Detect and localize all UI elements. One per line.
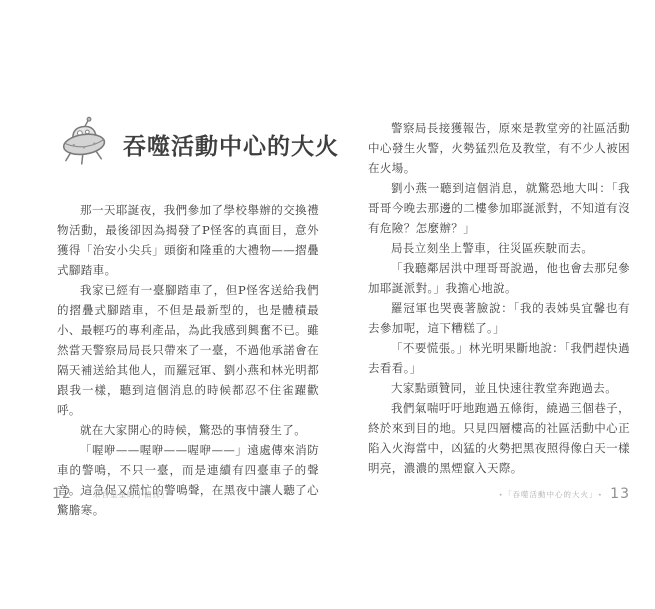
- paragraph: 那一天耶誕夜，我們參加了學校舉辦的交換禮物活動，最後卻因為揭發了P怪客的真面目，…: [57, 200, 319, 280]
- chapter-heading: 吞噬活動中心的大火: [57, 114, 319, 174]
- paragraph: 我家已經有一臺腳踏車了，但P怪客送給我們的摺疊式腳踏車，不但是最新型的，也是體積…: [57, 280, 319, 420]
- page-number: 13: [610, 486, 630, 502]
- paragraph: 局長立刻坐上警車，往災區疾駛而去。: [368, 238, 630, 258]
- page-number: 12: [52, 486, 72, 502]
- paragraph: 我們氣喘吁吁地跑過五條街，繞過三個巷子，終於來到目的地。只見四層樓高的社區活動中…: [368, 398, 630, 478]
- left-page: 吞噬活動中心的大火 那一天耶誕夜，我們參加了學校舉辦的交換禮物活動，最後卻因為揭…: [57, 0, 319, 520]
- paragraph: 大家點頭贊同，並且快速往教堂奔跑過去。: [368, 378, 630, 398]
- left-page-footer: 12 ⋆「來自星星的小偵探」⋆: [52, 486, 175, 502]
- paragraph: 就在大家開心的時候，驚恐的事情發生了。: [57, 420, 319, 440]
- paragraph: 「喔咿——喔咿——喔咿——」遠處傳來消防車的警鳴，不只一臺，而是連續有四臺車子的…: [57, 440, 319, 520]
- right-page-body: 警察局長接獲報告，原來是教堂旁的社區活動中心發生火警，火勢猛烈危及教堂，有不少人…: [368, 118, 630, 478]
- paragraph: 「不要慌張。」林光明果斷地說：「我們趕快過去看看。」: [368, 338, 630, 378]
- paragraph: 「我聽鄰居洪中理哥哥說過，他也會去那兒參加耶誕派對。」我擔心地說。: [368, 258, 630, 298]
- book-spread: 吞噬活動中心的大火 那一天耶誕夜，我們參加了學校舉辦的交換禮物活動，最後卻因為揭…: [0, 0, 655, 609]
- paragraph: 警察局長接獲報告，原來是教堂旁的社區活動中心發生火警，火勢猛烈危及教堂，有不少人…: [368, 118, 630, 178]
- right-page: 警察局長接獲報告，原來是教堂旁的社區活動中心發生火警，火勢猛烈危及教堂，有不少人…: [368, 0, 630, 478]
- chapter-title: 吞噬活動中心的大火: [123, 128, 339, 161]
- running-title: ⋆「吞噬活動中心的大火」⋆: [498, 489, 603, 500]
- right-page-footer: ⋆「吞噬活動中心的大火」⋆ 13: [368, 486, 630, 502]
- paragraph: 劉小燕一聽到這個消息，就驚恐地大叫：「我哥哥今晚去那邊的二樓參加耶誕派對，不知道…: [368, 178, 630, 238]
- left-page-body: 那一天耶誕夜，我們參加了學校舉辦的交換禮物活動，最後卻因為揭發了P怪客的真面目，…: [57, 200, 319, 520]
- paragraph: 羅冠軍也哭喪著臉說：「我的表姊吳宜馨也有去參加呢，這下糟糕了。」: [368, 298, 630, 338]
- ufo-icon: [57, 114, 113, 174]
- running-title: ⋆「來自星星的小偵探」⋆: [79, 489, 175, 500]
